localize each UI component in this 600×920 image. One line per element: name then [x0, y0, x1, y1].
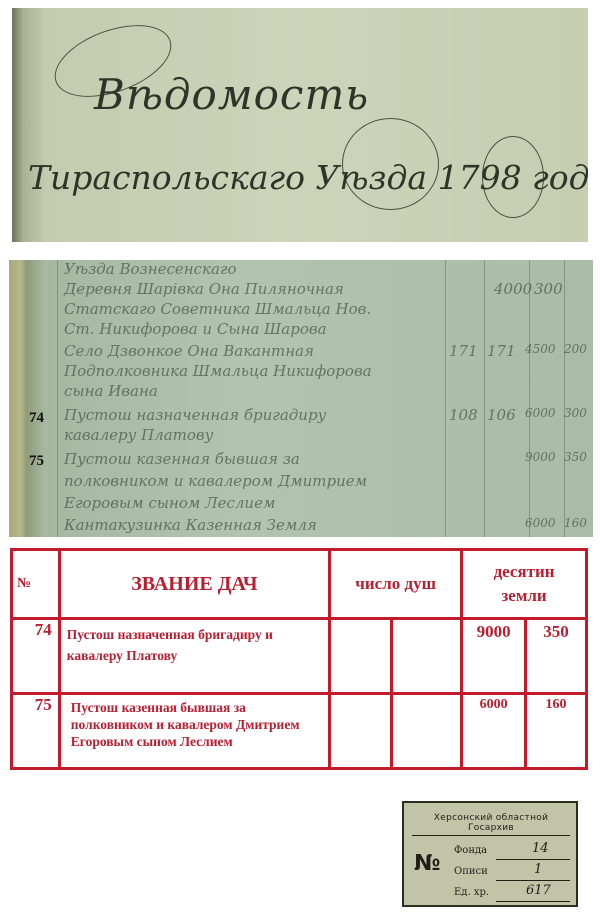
manuscript-value: 106: [487, 406, 516, 424]
stamp-fonds-label: Фонда: [454, 845, 487, 856]
column-line: [564, 260, 565, 537]
manuscript-value: 160: [564, 516, 587, 530]
archive-stamp: Херсонский областной Госархив № Фонда 14…: [402, 801, 578, 907]
row-land-a: 9000: [462, 619, 526, 694]
column-line: [529, 260, 530, 537]
manuscript-value: 4000: [494, 280, 532, 298]
row-number: 75: [12, 694, 60, 769]
row-souls-b: [391, 694, 462, 769]
header-souls: число душ: [330, 550, 462, 619]
manuscript-photo: Уѣзда Вознесенскаго Деревня Шарівка Она …: [9, 260, 593, 537]
row-souls-a: [330, 694, 392, 769]
stamp-opis-value: 1: [534, 862, 542, 877]
manuscript-line: Пустош казенная бывшая за: [64, 450, 300, 468]
manuscript-value: 6000: [525, 516, 556, 530]
manuscript-value: 171: [449, 342, 478, 360]
table-row: 75 Пустош казенная бывшая за полковником…: [12, 694, 587, 769]
manuscript-value: 300: [564, 406, 587, 420]
manuscript-line: Статскаго Советника Шмальца Нов.: [64, 300, 371, 318]
manuscript-line: Деревня Шарівка Она Пиляночная: [64, 280, 344, 298]
transcription-table: № ЗВАНИЕ ДАЧ число душ десятин земли 74 …: [10, 548, 588, 770]
row-land-b: 350: [526, 619, 587, 694]
header-number: №: [12, 550, 60, 619]
manuscript-value: 4500: [525, 342, 556, 356]
manuscript-value: 171: [487, 342, 516, 360]
manuscript-line: сына Ивана: [64, 382, 158, 400]
stamp-underline: [496, 880, 570, 881]
manuscript-line: Подполковника Шмальца Никифорова: [64, 362, 372, 380]
table-header-row: № ЗВАНИЕ ДАЧ число душ десятин земли: [12, 550, 587, 619]
stamp-fonds-value: 14: [532, 841, 549, 856]
manuscript-line: Кантакузинка Казенная Земля: [64, 516, 317, 534]
row-souls-a: [330, 619, 392, 694]
stamp-item-value: 617: [526, 883, 551, 898]
row-land-a: 6000: [462, 694, 526, 769]
manuscript-line: Ст. Никифорова и Сына Шарова: [64, 320, 327, 338]
row-land-b: 160: [526, 694, 587, 769]
row-name: Пустош назначенная бригадиру и кавалеру …: [59, 619, 329, 694]
manuscript-value: 6000: [525, 406, 556, 420]
column-line: [445, 260, 446, 537]
row-number: 74: [12, 619, 60, 694]
stamp-underline: [496, 901, 570, 902]
manuscript-value: 350: [564, 450, 587, 464]
manuscript-value: 300: [534, 280, 563, 298]
title-subheading: Тираспольскаго Уѣзда 1798 года: [28, 158, 588, 197]
stamp-opis-label: Описи: [454, 866, 488, 877]
manuscript-value: 108: [449, 406, 478, 424]
manuscript-line: кавалеру Платову: [64, 426, 213, 444]
manuscript-value: 9000: [525, 450, 556, 464]
margin-line: [57, 260, 58, 537]
stamp-number-symbol: №: [414, 851, 440, 876]
title-page-photo: Вѣдомость Тираспольскаго Уѣзда 1798 года: [12, 8, 588, 242]
manuscript-line: Пустош назначенная бригадиру: [64, 406, 326, 424]
table-row: 74 Пустош назначенная бригадиру и кавале…: [12, 619, 587, 694]
row-marker-74: 74: [29, 410, 44, 427]
manuscript-line: полковником и кавалером Дмитрием: [64, 472, 367, 490]
manuscript-line: Уѣзда Вознесенскаго: [64, 260, 237, 278]
manuscript-value: 200: [564, 342, 587, 356]
row-name: Пустош казенная бывшая за полковником и …: [59, 694, 329, 769]
manuscript-line: Егоровым сыном Леслием: [64, 494, 275, 512]
row-marker-75: 75: [29, 453, 44, 470]
title-heading: Вѣдомость: [94, 70, 369, 119]
stamp-underline: [496, 859, 570, 860]
stamp-item-label: Ед. хр.: [454, 887, 489, 898]
header-name: ЗВАНИЕ ДАЧ: [59, 550, 329, 619]
column-line: [484, 260, 485, 537]
manuscript-line: Село Дзвонкое Она Вакантная: [64, 342, 314, 360]
row-souls-b: [391, 619, 462, 694]
stamp-header: Херсонский областной Госархив: [412, 813, 570, 836]
header-land: десятин земли: [462, 550, 587, 619]
